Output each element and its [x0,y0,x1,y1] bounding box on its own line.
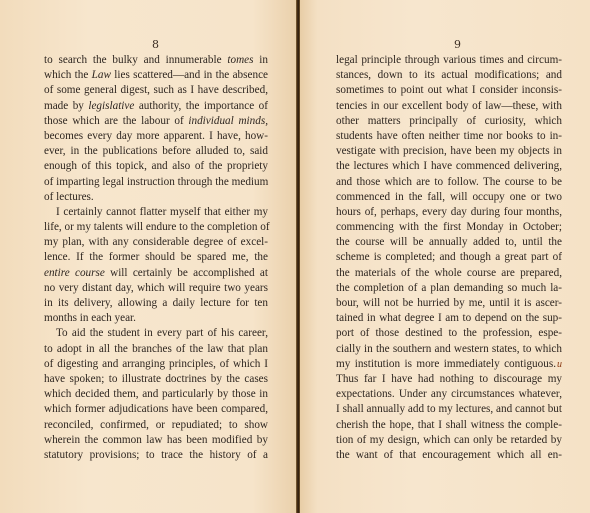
text-line: tencies in our excellent body of law—the… [336,99,562,114]
text-line: entire course will certainly be accompli… [44,266,268,281]
text-line: those which are the labour of individual… [44,114,268,129]
text-line: of some general digest, such as I have d… [44,83,268,98]
text-line: scheme is completed; and though a great … [336,250,562,265]
text-line: I shall annually add to my lectures, and… [336,402,562,417]
text-line: bour, will not be hurried by me, until i… [336,296,562,311]
text-line: to adopt in all the branches of the law … [44,342,268,357]
text-line: the course will be annually added to, un… [336,235,562,250]
text-line: port of those destined to the profession… [336,326,562,341]
text-line: expectations. Under any circumstances wh… [336,387,562,402]
text-line: reconciled, confirmed, or repudiated; to… [44,418,268,433]
text-line: wherein the common law has been modified… [44,433,268,448]
left-page-text: to search the bulky and innumerable tome… [44,53,268,463]
text-line: enough of this topick, and also of the p… [44,159,268,174]
text-line: legal principle through various times an… [336,53,562,68]
text-line: my plan, with any considerable degree of… [44,235,268,250]
text-line: the lectures which I have commenced deli… [336,159,562,174]
text-line: the completion of a plan demanding so mu… [336,281,562,296]
italic-text: individual minds, [188,115,268,127]
text-line: commencing with the first Monday in Octo… [336,220,562,235]
text-line: the materials of the whole course are pr… [336,266,562,281]
page-number-right: 9 [454,38,461,51]
text-line: statutory provisions; to trace the histo… [44,448,268,463]
text-line: cherish the hope, that I shall witness t… [336,418,562,433]
text-line: no very distant day, which will require … [44,281,268,296]
italic-text: entire course [44,267,105,279]
text-line: sometimes to point out what I consider i… [336,83,562,98]
text-line: hours of, perhaps, every day during four… [336,205,562,220]
text-line: becomes every day more apparent. I have,… [44,129,268,144]
text-line: tained in what degree I am to depend on … [336,311,562,326]
text-line: Thus far I have had nothing to discourag… [336,372,562,387]
text-line: months in each year. [44,311,268,326]
text-line: students have often neither time nor boo… [336,129,562,144]
italic-text: tomes [227,54,253,66]
text-line: of digesting and arranging principles, o… [44,357,268,372]
text-line: ever, in the publications before alluded… [44,144,268,159]
text-line: commenced in the fall, will occupy one o… [336,190,562,205]
text-line: of imparting legal instruction through t… [44,175,268,190]
italic-text: legislative [88,100,134,112]
handwritten-annotation: u [557,359,562,370]
text-line: which former adjudications have been com… [44,402,268,417]
left-page: 8 to search the bulky and innumerable to… [0,0,297,513]
text-line: lence. If the former should be spared me… [44,250,268,265]
right-page-text: legal principle through various times an… [336,53,562,463]
right-page: 9 legal principle through various times … [300,0,590,513]
text-line: to search the bulky and innumerable tome… [44,53,268,68]
text-line: tion of my design, which can only be ret… [336,433,562,448]
page-number-left: 8 [152,38,159,51]
italic-text: Law [92,69,111,81]
text-line: vestigate with precision, have been my o… [336,144,562,159]
text-line: To aid the student in every part of his … [44,326,268,341]
text-line: of lectures. [44,190,268,205]
text-line: life, or my talents will endure to the c… [44,220,268,235]
text-line: in its delivery, allowing a daily lectur… [44,296,268,311]
text-line: stances, down to its actual modification… [336,68,562,83]
text-line: the want of that encouragement which all… [336,448,562,463]
text-line: my institution is more immediately conti… [336,357,562,372]
book-spread: 8 to search the bulky and innumerable to… [0,0,590,513]
text-line: have spoken; to illustrate doctrines by … [44,372,268,387]
text-line: which decided them, and particularly by … [44,387,268,402]
text-line: which the Law lies scattered—and in the … [44,68,268,83]
text-line: I certainly cannot flatter myself that e… [44,205,268,220]
text-line: and those which are to follow. The cours… [336,175,562,190]
text-line: made by legislative authority, the impor… [44,99,268,114]
text-line: cially in the southern and western state… [336,342,562,357]
text-line: other matters principally of curiosity, … [336,114,562,129]
